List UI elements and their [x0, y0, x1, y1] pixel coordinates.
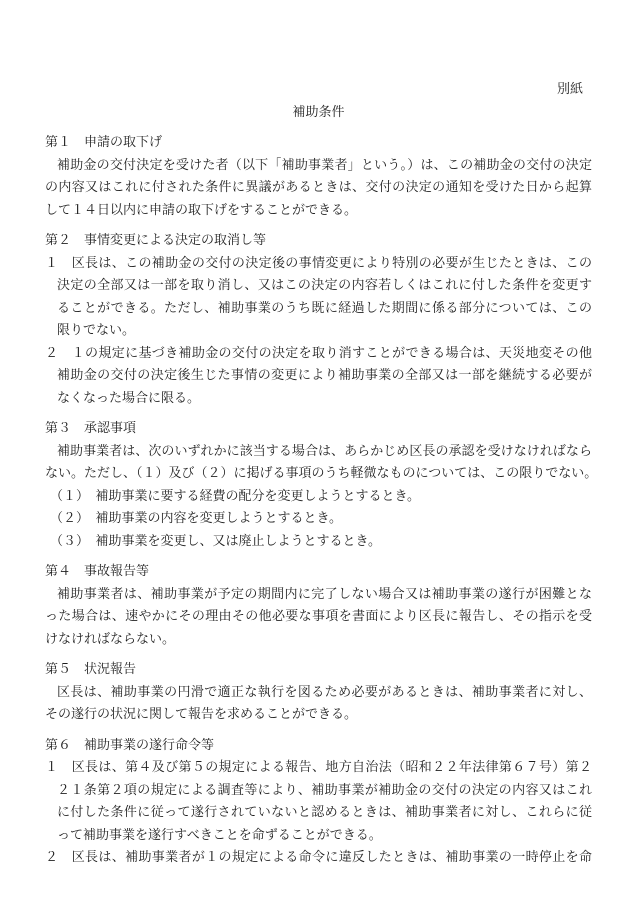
text-line: って補助事業を遂行すべきことを命ずることができる。: [45, 824, 592, 847]
section-heading: 第１ 申請の取下げ: [45, 131, 592, 154]
text-line: 決定の全部又は一部を取り消し、又はこの決定の内容若しくはこれに付した条件を変更す: [45, 274, 592, 297]
section-heading: 第５ 状況報告: [45, 658, 592, 681]
section-heading: 第４ 事故報告等: [45, 560, 592, 583]
section: 第３ 承認事項補助事業者は、次のいずれかに該当する場合は、あらかじめ区長の承認を…: [45, 417, 592, 552]
text-line: 補助金の交付の決定後生じた事情の変更により補助事業の全部又は一部を継続する必要が: [45, 364, 592, 387]
text-line: ２ １の規定に基づき補助金の交付の決定を取り消すことができる場合は、天災地変その…: [45, 342, 592, 365]
text-line: （３） 補助事業を変更し、又は廃止しようとするとき。: [45, 530, 592, 553]
section: 第６ 補助事業の遂行命令等１ 区長は、第４及び第５の規定による報告、地方自治法（…: [45, 734, 592, 869]
text-line: １ 区長は、この補助金の交付の決定後の事情変更により特別の必要が生じたときは、こ…: [45, 252, 592, 275]
section: 第５ 状況報告区長は、補助事業の円滑で適正な執行を図るため必要があるときは、補助…: [45, 658, 592, 726]
text-line: 限りでない。: [45, 319, 592, 342]
text-line: に付した条件に従って遂行されていないと認めるときは、補助事業者に対し、これらに従: [45, 801, 592, 824]
text-line: 区長は、補助事業の円滑で適正な執行を図るため必要があるときは、補助事業者に対し、: [45, 681, 592, 704]
document-body: 第１ 申請の取下げ補助金の交付決定を受けた者（以下「補助事業者」という。）は、こ…: [45, 131, 592, 869]
text-line: ２１条第２項の規定による調査等により、補助事業が補助金の交付の決定の内容又はこれ: [45, 779, 592, 802]
text-line: 補助事業者は、補助事業が予定の期間内に完了しない場合又は補助事業の遂行が困難とな: [45, 583, 592, 606]
section: 第２ 事情変更による決定の取消し等１ 区長は、この補助金の交付の決定後の事情変更…: [45, 229, 592, 409]
corner-label: 別紙: [45, 78, 592, 101]
section-heading: 第６ 補助事業の遂行命令等: [45, 734, 592, 757]
document-title: 補助条件: [45, 101, 592, 124]
section: 第４ 事故報告等補助事業者は、補助事業が予定の期間内に完了しない場合又は補助事業…: [45, 560, 592, 650]
text-line: った場合は、速やかにその理由その他必要な事項を書面により区長に報告し、その指示を…: [45, 605, 592, 628]
text-line: 補助金の交付決定を受けた者（以下「補助事業者」という。）は、この補助金の交付の決…: [45, 154, 592, 177]
section: 第１ 申請の取下げ補助金の交付決定を受けた者（以下「補助事業者」という。）は、こ…: [45, 131, 592, 221]
text-line: の内容又はこれに付された条件に異議があるときは、交付の決定の通知を受けた日から起…: [45, 176, 592, 199]
text-line: 補助事業者は、次のいずれかに該当する場合は、あらかじめ区長の承認を受けなければな…: [45, 440, 592, 463]
section-heading: 第３ 承認事項: [45, 417, 592, 440]
text-line: ２ 区長は、補助事業者が１の規定による命令に違反したときは、補助事業の一時停止を…: [45, 846, 592, 869]
text-line: （２） 補助事業の内容を変更しようとするとき。: [45, 507, 592, 530]
text-line: ることができる。ただし、補助事業のうち既に経過した期間に係る部分については、この: [45, 297, 592, 320]
text-line: けなければならない。: [45, 628, 592, 651]
text-line: ない。ただし、（１）及び（２）に掲げる事項のうち軽微なものについては、この限りで…: [45, 462, 592, 485]
text-line: １ 区長は、第４及び第５の規定による報告、地方自治法（昭和２２年法律第６７号）第…: [45, 756, 592, 779]
text-line: なくなった場合に限る。: [45, 387, 592, 410]
section-heading: 第２ 事情変更による決定の取消し等: [45, 229, 592, 252]
text-line: （１） 補助事業に要する経費の配分を変更しようとするとき。: [45, 485, 592, 508]
document-page: 別紙 補助条件 第１ 申請の取下げ補助金の交付決定を受けた者（以下「補助事業者」…: [0, 0, 630, 903]
text-line: その遂行の状況に関して報告を求めることができる。: [45, 703, 592, 726]
text-line: して１４日以内に申請の取下げをすることができる。: [45, 199, 592, 222]
